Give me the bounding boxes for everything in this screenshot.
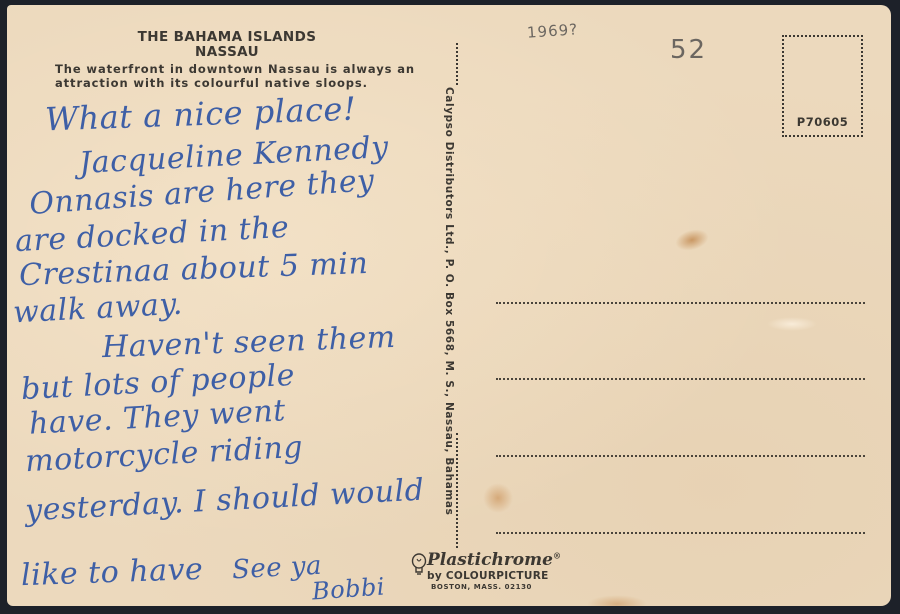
stamp-box: P70605 xyxy=(782,35,863,137)
caption-line-1: The waterfront in downtown Nassau is alw… xyxy=(55,62,415,76)
divider-dots-top xyxy=(456,43,458,85)
pencil-year-note: 1969? xyxy=(526,20,578,42)
postcard-title: THE BAHAMA ISLANDS xyxy=(137,30,317,45)
distributor-text: Calypso Distributors Ltd., P. O. Box 566… xyxy=(443,87,455,515)
postcard-caption: The waterfront in downtown Nassau is alw… xyxy=(55,62,415,90)
postcard-subtitle: NASSAU xyxy=(137,45,317,60)
address-line-4 xyxy=(496,532,865,534)
message-signoff: See ya xyxy=(231,551,322,586)
message-line: like to have xyxy=(20,552,203,593)
message-line: yesterday. I should would xyxy=(24,473,425,529)
postcard-back: THE BAHAMA ISLANDS NASSAU The waterfront… xyxy=(7,5,891,606)
message-signature: Bobbi xyxy=(311,572,386,605)
stamp-code: P70605 xyxy=(784,115,861,129)
address-line-1 xyxy=(496,302,865,304)
message-line: Haven't seen them xyxy=(101,320,396,365)
address-line-3 xyxy=(496,455,865,457)
address-line-2 xyxy=(496,378,865,380)
publisher-byline: by COLOURPICTURE xyxy=(427,570,549,582)
publisher-address: BOSTON, MASS. 02130 xyxy=(431,583,532,591)
message-line: What a nice place! xyxy=(44,90,356,139)
stain-mark xyxy=(483,483,513,513)
publisher-name: Plastichrome® xyxy=(427,550,561,570)
stain-mark xyxy=(673,226,711,254)
caption-line-2: attraction with its colourful native slo… xyxy=(55,76,415,90)
scuff-mark xyxy=(767,317,817,331)
pencil-number-note: 52 xyxy=(670,35,707,65)
divider-dots-bottom xyxy=(456,433,458,548)
stain-mark xyxy=(587,595,647,606)
lightbulb-icon xyxy=(411,553,427,577)
message-line: walk away. xyxy=(12,287,183,331)
